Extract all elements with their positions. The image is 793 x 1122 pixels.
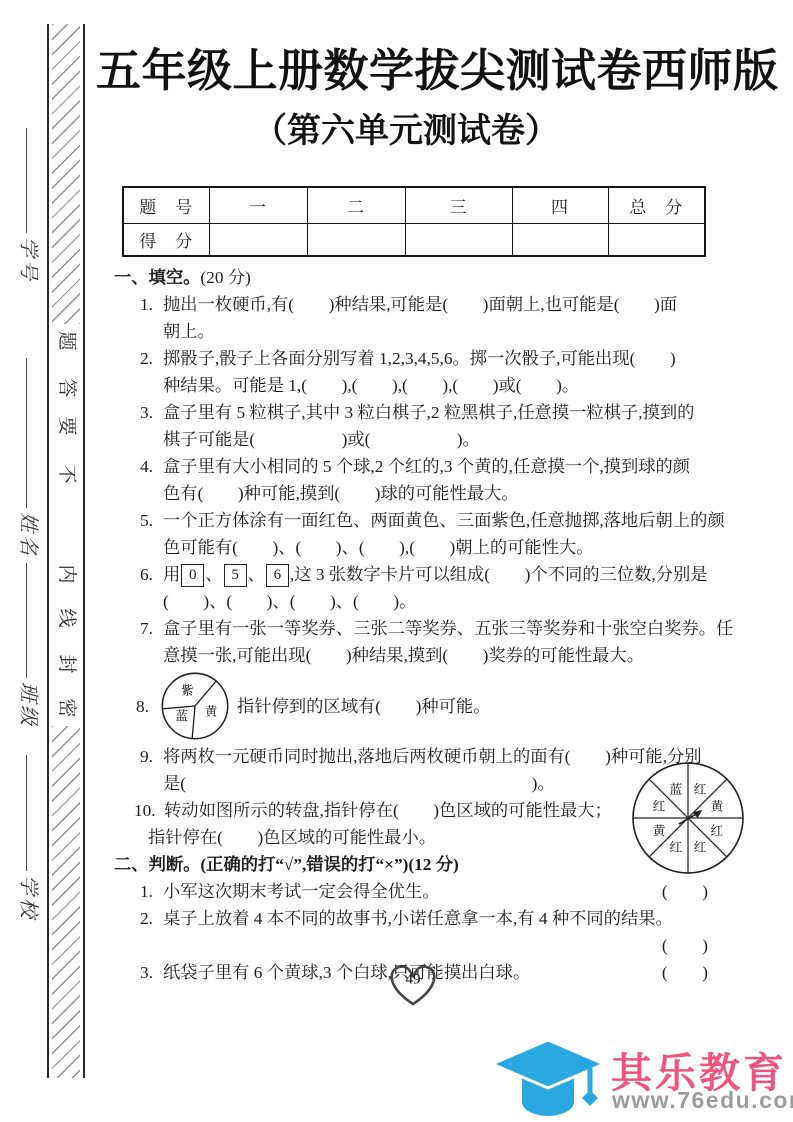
wheel-sector-label: 红	[694, 783, 707, 797]
seal-text-char: 不	[55, 457, 77, 491]
question-text: 棋子可能是( )或( )。	[114, 426, 736, 453]
wheel-sector-label: 红	[653, 799, 666, 813]
hatch-pattern-bottom	[52, 726, 80, 1078]
student-field-number: 学号	[16, 128, 45, 283]
student-field-name: 姓名	[16, 358, 45, 558]
question-8: 8. 紫 蓝 黄 指针停到的区域有( )种可能。	[114, 669, 736, 743]
judgment-question-1: 1.小军这次期末考试一定会得全优生。 ( )	[114, 878, 736, 905]
question-text: 色有( )种可能,摸到( )球的可能性最大。	[114, 480, 736, 507]
score-empty-cell	[209, 224, 307, 257]
question-text: 小军这次期末考试一定会得全优生。	[163, 882, 440, 901]
question-text: 转动如图所示的转盘,指针停在( )色区域的可能性最大；	[164, 801, 612, 820]
question-4: 4.盒子里有大小相同的 5 个球,2 个红的,3 个黄的,任意摸一个,摸到球的颜…	[114, 453, 736, 507]
question-text: 盒子里有 5 粒棋子,其中 3 粒白棋子,2 粒黑棋子,任意摸一粒棋子,摸到的	[163, 403, 694, 422]
score-empty-cell	[405, 224, 512, 257]
wheel-sector-label: 红	[670, 841, 683, 855]
score-header-cell: 一	[209, 187, 307, 224]
question-number: 3.	[140, 959, 163, 986]
page-title: 五年级上册数学拔尖测试卷西师版	[96, 34, 716, 99]
question-text: 盒子里有一张一等奖券、三张二等奖券、五张三等奖券和十张空白奖券。任	[163, 619, 733, 638]
answer-paren: ( )	[662, 959, 736, 986]
question-text: 一个正方体涂有一面红色、两面黄色、三面紫色,任意抛掷,落地后朝上的颜	[163, 511, 725, 530]
field-blank-line	[26, 563, 28, 678]
student-field-school: 学校	[16, 755, 45, 921]
section1-heading-bold: 一、填空。	[114, 268, 200, 287]
digit-card-6: 6	[266, 564, 289, 587]
question-number: 9.	[140, 743, 163, 770]
score-empty-cell	[512, 224, 608, 257]
question-text: ( )、( )、( )、( )。	[114, 588, 736, 615]
page-subtitle: （第六单元测试卷）	[96, 103, 716, 152]
seal-text-char: 内	[55, 557, 77, 591]
question-number: 2.	[140, 345, 163, 372]
spinner-sector-label: 紫	[181, 683, 193, 698]
question-text: 纸袋子里有 6 个黄球,3 个白球,只可能摸出白球。	[163, 963, 530, 982]
question-text: 将两枚一元硬币同时抛出,落地后两枚硬币朝上的面有( )种可能,分别	[163, 747, 702, 766]
score-empty-cell	[608, 224, 705, 257]
digit-card-5: 5	[224, 564, 247, 587]
score-header-cell: 题 号	[123, 187, 209, 224]
question-text: 种结果。可能是 1,( ),( ),( ),( )或( )。	[114, 372, 736, 399]
student-field-class: 班级	[16, 563, 45, 728]
three-sector-spinner-image: 紫 蓝 黄	[159, 670, 231, 742]
score-header-cell: 三	[405, 187, 512, 224]
question-5: 5.一个正方体涂有一面红色、两面黄色、三面紫色,任意抛掷,落地后朝上的颜 色可能…	[114, 507, 736, 561]
graduation-cap-icon	[486, 1034, 612, 1120]
question-1: 1.抛出一枚硬币,有( )种结果,可能是( )面朝上,也可能是( )面 朝上。	[114, 291, 736, 345]
question-number: 4.	[140, 453, 163, 480]
question-number: 1.	[140, 291, 163, 318]
score-row-label: 得 分	[123, 224, 209, 257]
wheel-sector-label: 黄	[653, 824, 667, 838]
spinner-sector-label: 蓝	[176, 708, 188, 723]
judgment-question-2: 2.桌子上放着 4 本不同的故事书,小诺任意拿一本,有 4 种不同的结果。 ( …	[114, 905, 736, 959]
question-text: 用	[163, 565, 180, 584]
question-text: 盒子里有大小相同的 5 个球,2 个红的,3 个黄的,任意摸一个,摸到球的颜	[163, 457, 690, 476]
brand-url: www.76edu.com	[612, 1087, 793, 1114]
question-text: 抛出一枚硬币,有( )种结果,可能是( )面朝上,也可能是( )面	[163, 295, 677, 314]
seal-text-char: 要	[55, 409, 77, 443]
question-text: 桌子上放着 4 本不同的故事书,小诺任意拿一本,有 4 种不同的结果。	[163, 909, 673, 928]
question-2: 2.掷骰子,骰子上各面分别写着 1,2,3,4,5,6。掷一次骰子,可能出现( …	[114, 345, 736, 399]
question-text-wrap: 1.小军这次期末考试一定会得全优生。	[114, 878, 662, 905]
question-7: 7.盒子里有一张一等奖券、三张二等奖券、五张三等奖券和十张空白奖券。任 意摸一张…	[114, 615, 736, 669]
wheel-sector-label: 蓝	[670, 782, 683, 797]
score-header-cell: 总 分	[608, 187, 705, 224]
score-header-cell: 二	[307, 187, 405, 224]
spinner-sector-label: 黄	[205, 704, 218, 718]
question-number: 5.	[140, 507, 163, 534]
wheel-sector-label: 红	[694, 841, 707, 855]
score-header-cell: 四	[512, 187, 608, 224]
question-number: 8.	[136, 693, 159, 720]
wheel-sector-label: 黄	[711, 799, 725, 813]
seal-band: 题 答 要 不 内 线 封 密	[47, 24, 85, 1078]
seal-text-char: 题	[55, 324, 77, 358]
question-number: 7.	[140, 615, 163, 642]
question-text: 色可能有( )、( )、( ),( )朝上的可能性大。	[114, 534, 736, 561]
score-table: 题 号 一 二 三 四 总 分 得 分	[122, 186, 706, 257]
heart-page-number-badge: 49	[388, 961, 438, 1008]
question-number: 1.	[140, 878, 163, 905]
eight-sector-wheel-image: 红 黄 红 红 红 黄 红 蓝	[631, 761, 745, 875]
question-text: 掷骰子,骰子上各面分别写着 1,2,3,4,5,6。掷一次骰子,可能出现( )	[163, 349, 676, 368]
question-3: 3.盒子里有 5 粒棋子,其中 3 粒白棋子,2 粒黑棋子,任意摸一粒棋子,摸到…	[114, 399, 736, 453]
answer-paren: ( )	[662, 878, 736, 905]
question-number: 2.	[140, 905, 163, 932]
wheel-sector-label: 红	[711, 824, 724, 838]
field-blank-line	[26, 128, 28, 233]
score-table-header-row: 题 号 一 二 三 四 总 分	[123, 187, 705, 224]
question-text: ,这 3 张数字卡片可以组成( )个不同的三位数,分别是	[290, 565, 708, 584]
seal-text-char: 封	[55, 647, 77, 681]
question-text: 朝上。	[114, 318, 736, 345]
wheel-pointer-head-icon	[693, 810, 703, 818]
exam-page: 题 答 要 不 内 线 封 密 学号 姓名 班级 学校 五年级上册数学拔尖测试卷…	[0, 0, 793, 1122]
page-number: 49	[406, 972, 421, 988]
seal-text-char: 线	[55, 601, 77, 635]
question-number: 10.	[134, 797, 164, 824]
separator: 、	[248, 565, 265, 584]
field-blank-line	[26, 358, 28, 508]
score-empty-cell	[307, 224, 405, 257]
score-table-score-row: 得 分	[123, 224, 705, 257]
digit-card-0: 0	[181, 564, 204, 587]
seal-text-char: 密	[55, 691, 77, 725]
field-label: 学校	[17, 875, 39, 921]
question-6: 6.用0、5、6,这 3 张数字卡片可以组成( )个不同的三位数,分别是 ( )…	[114, 561, 736, 615]
field-label: 学号	[17, 237, 39, 283]
separator: 、	[205, 565, 222, 584]
seal-text-char: 答	[55, 371, 77, 405]
field-label: 姓名	[17, 512, 39, 558]
question-number: 6.	[140, 561, 163, 588]
field-blank-line	[26, 755, 28, 871]
section1-heading: 一、填空。(20 分)	[114, 264, 736, 291]
section1-heading-points: (20 分)	[200, 268, 250, 287]
question-number: 3.	[140, 399, 163, 426]
question-text: 意摸一张,可能出现( )种结果,摸到( )奖券的可能性最大。	[114, 642, 736, 669]
question-area: 一、填空。(20 分) 1.抛出一枚硬币,有( )种结果,可能是( )面朝上,也…	[114, 264, 736, 986]
field-label: 班级	[17, 682, 39, 728]
answer-paren: ( )	[114, 932, 736, 959]
hatch-pattern-top	[52, 24, 80, 324]
question-text: 指针停到的区域有( )种可能。	[237, 693, 490, 720]
